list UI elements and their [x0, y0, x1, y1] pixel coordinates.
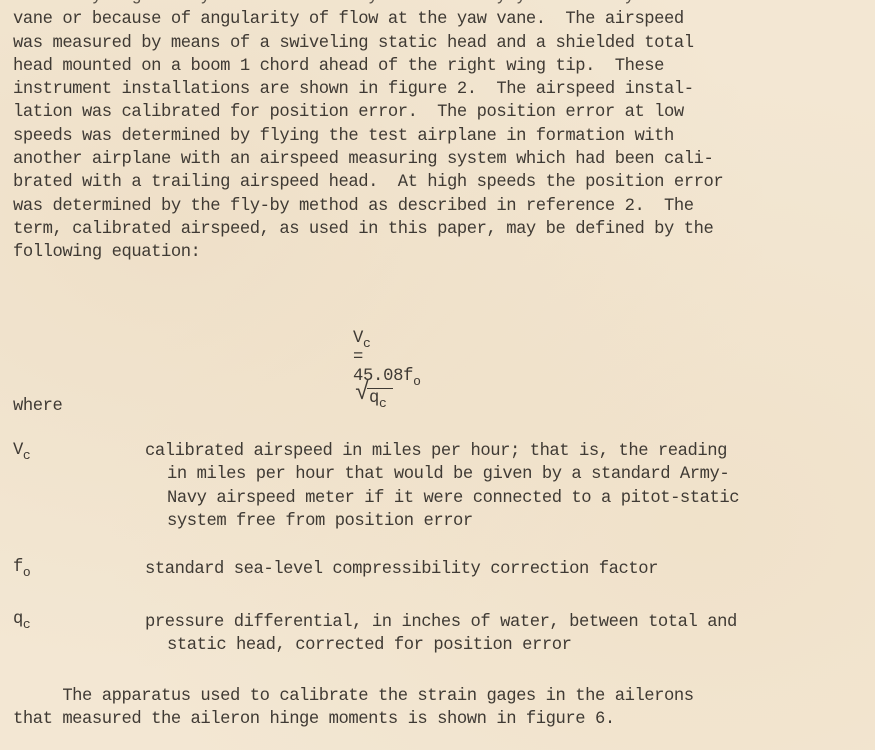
subscript: o	[413, 374, 421, 389]
definition-line: Navy airspeed meter if it were connected…	[145, 487, 865, 510]
definition-line: standard sea-level compressibility corre…	[145, 558, 865, 581]
definition-line: static head, corrected for position erro…	[145, 634, 865, 657]
definition-line: calibrated airspeed in miles per hour; t…	[145, 440, 865, 463]
definition-qc: pressure differential, in inches of wate…	[145, 611, 865, 658]
subscript: c	[363, 336, 371, 351]
intro-paragraph: vane or because of angularity of flow at…	[13, 8, 873, 264]
paragraph-line: instrument installations are shown in fi…	[13, 78, 873, 101]
paragraph-line: The apparatus used to calibrate the stra…	[13, 685, 873, 708]
closing-paragraph: The apparatus used to calibrate the stra…	[13, 685, 873, 732]
definition-symbol-fo: fo	[13, 558, 30, 577]
paragraph-line: brated with a trailing airspeed head. At…	[13, 171, 873, 194]
paragraph-line: following equation:	[13, 241, 873, 264]
symbol: V	[13, 441, 23, 460]
radical-sign-icon: √	[355, 382, 369, 406]
definition-vc: calibrated airspeed in miles per hour; t…	[145, 440, 865, 533]
symbol: q	[13, 610, 23, 629]
paragraph-line: that measured the aileron hinge moments …	[13, 708, 873, 731]
subscript: c	[23, 448, 30, 463]
paragraph-line: vane or because of angularity of flow at…	[13, 8, 873, 31]
paragraph-line: was determined by the fly-by method as d…	[13, 195, 873, 218]
definition-symbol-qc: qc	[13, 610, 30, 629]
paragraph-line: head mounted on a boom 1 chord ahead of …	[13, 55, 873, 78]
paragraph-line: term, calibrated airspeed, as used in th…	[13, 218, 873, 241]
subscript: c	[23, 617, 30, 632]
paragraph-line: lation was calibrated for position error…	[13, 101, 873, 124]
equation-lhs: Vc	[353, 329, 371, 348]
subscript: o	[23, 565, 30, 580]
symbol-v: V	[353, 329, 363, 348]
where-label: where	[13, 397, 62, 416]
subscript: c	[379, 396, 387, 411]
cut-off-line: rolled by angularity of flow at the yaw …	[13, 0, 873, 8]
paragraph-line: was measured by means of a swiveling sta…	[13, 32, 873, 55]
definition-symbol-vc: Vc	[13, 441, 30, 460]
paragraph-line: speeds was determined by flying the test…	[13, 125, 873, 148]
definition-line: system free from position error	[145, 510, 865, 533]
radicand: qc	[367, 388, 393, 408]
definition-line: in miles per hour that would be given by…	[145, 463, 865, 486]
square-root: √qc	[355, 386, 393, 408]
definition-line: pressure differential, in inches of wate…	[145, 611, 865, 634]
equals-sign: =	[353, 348, 363, 367]
paragraph-line: another airplane with an airspeed measur…	[13, 148, 873, 171]
symbol-q: q	[369, 389, 379, 408]
symbol: f	[13, 558, 23, 577]
airspeed-equation: Vc = 45.08fo √qc	[333, 310, 421, 408]
document-page: rolled by angularity of flow at the yaw …	[13, 0, 873, 265]
definition-fo: standard sea-level compressibility corre…	[145, 558, 865, 581]
